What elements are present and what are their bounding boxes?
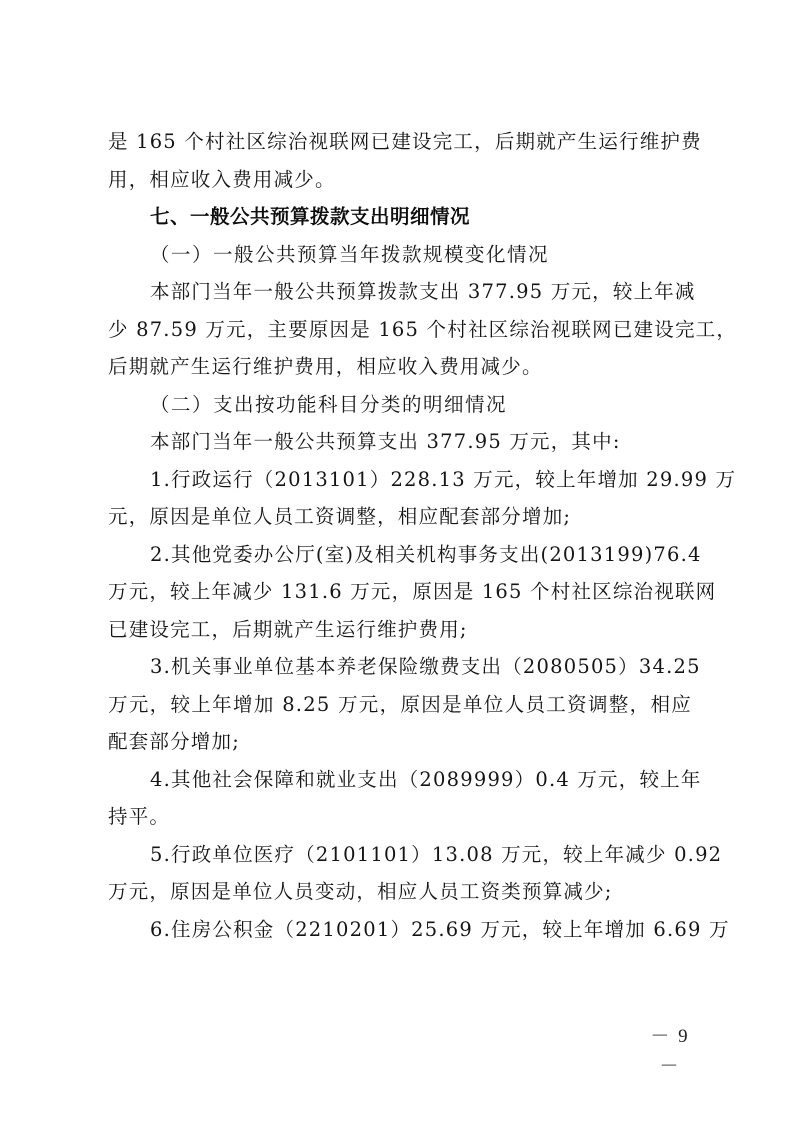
list-item-line: 2.其他党委办公厅(室)及相关机构事务支出(2013199)76.4 [150, 536, 692, 573]
list-item-line: 元，原因是单位人员工资调整，相应配套部分增加; [108, 498, 692, 535]
list-item-line: 3.机关事业单位基本养老保险缴费支出（2080505）34.25 [150, 648, 692, 685]
paragraph-line: 后期就产生运行维护费用，相应收入费用减少。 [108, 348, 692, 385]
list-item-line: 4.其他社会保障和就业支出（2089999）0.4 万元，较上年 [150, 761, 692, 798]
list-item-line: 6.住房公积金（2210201）25.69 万元，较上年增加 6.69 万 [150, 911, 692, 948]
paragraph-line: 本部门当年一般公共预算拨款支出 377.95 万元，较上年减 [150, 273, 692, 310]
paragraph-line: 是 165 个村社区综治视联网已建设完工，后期就产生运行维护费 [108, 123, 692, 160]
paragraph-line: 少 87.59 万元，主要原因是 165 个村社区综治视联网已建设完工， [108, 311, 692, 348]
list-item-line: 配套部分增加; [108, 723, 692, 760]
paragraph-line: 本部门当年一般公共预算支出 377.95 万元，其中: [150, 423, 692, 460]
section-heading: 七、一般公共预算拨款支出明细情况 [150, 198, 734, 235]
list-item-line: 1.行政运行（2013101）228.13 万元，较上年增加 29.99 万 [150, 461, 692, 498]
list-item-line: 万元，较上年减少 131.6 万元，原因是 165 个村社区综治视联网 [108, 573, 692, 610]
list-item-line: 持平。 [108, 798, 692, 835]
list-item-line: 5.行政单位医疗（2101101）13.08 万元，较上年减少 0.92 [150, 836, 692, 873]
list-item-line: 已建设完工，后期就产生运行维护费用; [108, 611, 692, 648]
subsection-heading: （一）一般公共预算当年拨款规模变化情况 [150, 236, 734, 273]
page-number: － 9 － [640, 1022, 700, 1052]
paragraph-line: 用，相应收入费用减少。 [108, 161, 692, 198]
document-page: 是 165 个村社区综治视联网已建设完工，后期就产生运行维护费 用，相应收入费用… [0, 0, 793, 1122]
list-item-line: 万元，较上年增加 8.25 万元，原因是单位人员工资调整，相应 [108, 686, 692, 723]
subsection-heading: （二）支出按功能科目分类的明细情况 [150, 386, 734, 423]
list-item-line: 万元，原因是单位人员变动，相应人员工资类预算减少; [108, 873, 692, 910]
